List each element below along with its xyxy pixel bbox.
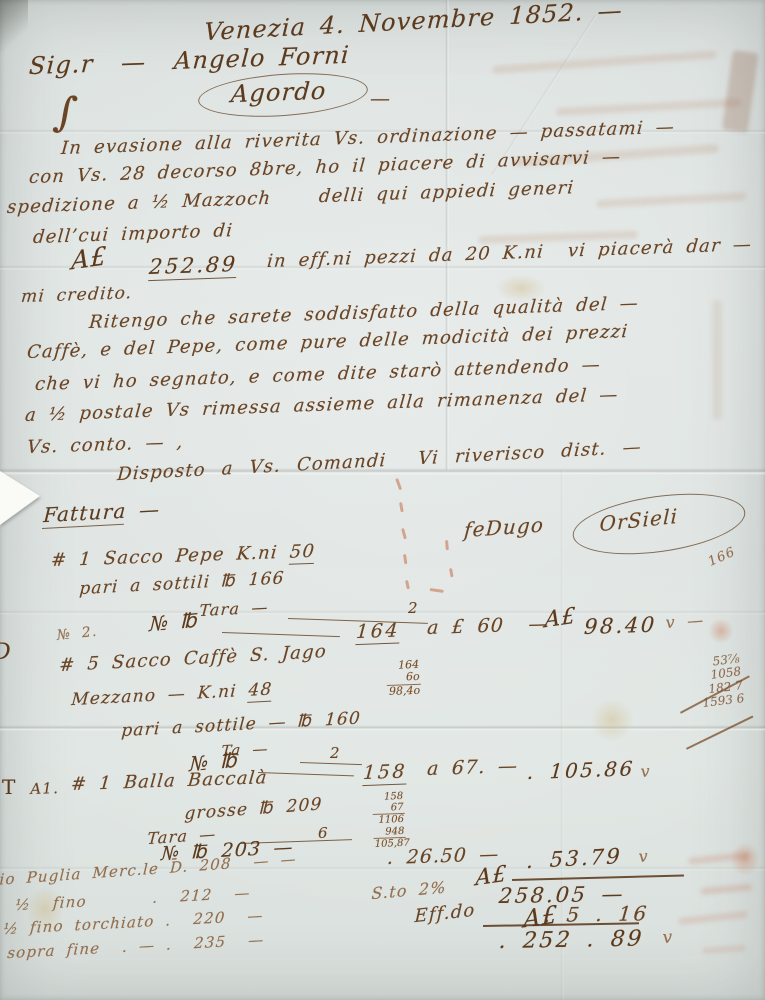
red-chalk-mark bbox=[446, 540, 449, 550]
red-chalk-mark bbox=[430, 588, 444, 592]
amount-underlined: 252.89 bbox=[148, 252, 238, 281]
amount-value: 252.89 bbox=[148, 252, 238, 279]
red-chalk-mark bbox=[400, 502, 404, 512]
caffe-qty: 48 bbox=[248, 679, 274, 702]
red-chalk-mark bbox=[406, 580, 410, 589]
caffe-amount: . 105.86 bbox=[526, 756, 635, 784]
calc-row: 67 bbox=[372, 802, 404, 815]
pepe-net-qty: 164 bbox=[355, 619, 400, 643]
pepe-tara-value: 2 bbox=[408, 599, 420, 617]
caffe-net-qty-text: 158 bbox=[362, 760, 407, 786]
margin-mark-a1: A1. bbox=[30, 779, 59, 798]
body-line: dell’cui importo di bbox=[32, 220, 234, 248]
total-checkmark: v bbox=[662, 927, 674, 948]
ink-bleedthrough bbox=[700, 883, 752, 895]
discount-label: S.to 2% bbox=[371, 877, 447, 903]
signature-name: feDugo bbox=[463, 512, 545, 542]
pepe-tara-label: Tara — bbox=[199, 597, 270, 620]
invoice-item-baccala-title: # 1 Balla Baccalà bbox=[70, 767, 268, 795]
calc-row: 1593 6 bbox=[697, 692, 746, 711]
ink-bleedthrough bbox=[722, 50, 759, 133]
invoice-item-baccala-weight: grosse ℔ 209 bbox=[184, 794, 323, 824]
pepe-rate: a £ 60 — bbox=[426, 613, 549, 639]
margin-letter-d: D bbox=[0, 640, 12, 665]
pepe-qty: 50 bbox=[289, 541, 316, 565]
calc-slash bbox=[686, 716, 753, 750]
pepe-net-label: № ℔ bbox=[149, 608, 200, 637]
effective-label: Eff.do bbox=[414, 900, 476, 928]
ink-bleedthrough bbox=[702, 945, 746, 954]
letter-page: Venezia 4. Novembre 1852. — Sig.r — Ange… bbox=[0, 0, 765, 1000]
paper-corner-shadow bbox=[0, 0, 28, 64]
invoice-item-caffe-weight: pari a sottile — ℔ 160 bbox=[121, 708, 362, 741]
invoice-item-caffe-title: # 5 Sacco Caffè S. Jago bbox=[59, 641, 328, 676]
caffe-rate: a 67. — bbox=[426, 755, 519, 780]
pepe-net-qty-text: 164 bbox=[355, 619, 400, 645]
tara-rule bbox=[300, 762, 362, 765]
price-note: lio Puglia Merc.le D. 208 — — bbox=[0, 850, 297, 889]
effective-total: . 252 . 89 bbox=[498, 926, 645, 954]
paper-stain bbox=[708, 618, 734, 644]
net-rule bbox=[222, 632, 340, 637]
body-line: mi credito. bbox=[20, 283, 133, 307]
pepe-title-text: # 1 Sacco Pepe K.ni bbox=[50, 542, 279, 571]
place-dash: — bbox=[370, 86, 391, 110]
red-chalk-mark bbox=[450, 568, 454, 577]
caffe-checkmark: v bbox=[640, 761, 652, 781]
body-line: Vs. conto. — , bbox=[26, 432, 184, 459]
baccala-checkmark: v bbox=[638, 846, 650, 866]
margin-note-166: 166 bbox=[706, 544, 738, 569]
caffe-side-calc: 164 6o 98,4o bbox=[386, 659, 421, 698]
paper-fold-notch bbox=[0, 471, 40, 525]
subtotal-rule bbox=[512, 874, 684, 881]
pepe-amount: 98.40 bbox=[583, 612, 657, 639]
pepe-checkmark: v — bbox=[665, 610, 705, 632]
dateline: Venezia 4. Novembre 1852. — bbox=[204, 0, 624, 46]
calc-row: 98,4o bbox=[387, 684, 421, 697]
invoice-heading: Fattura — bbox=[43, 497, 161, 527]
calc-row: 948 bbox=[373, 825, 405, 838]
margin-letter-t: T bbox=[2, 775, 17, 799]
invoice-item-caffe-grade: Mezzano — K.ni 48 bbox=[71, 679, 274, 710]
currency-flourish: A£ bbox=[71, 241, 108, 275]
caffe-grade-text: Mezzano — K.ni bbox=[71, 681, 238, 710]
margin-no2: № 2. bbox=[56, 624, 98, 644]
ink-bleedthrough bbox=[492, 50, 717, 74]
ink-bleedthrough bbox=[712, 300, 722, 420]
baccala-side-calc: 158 67 1106 948 105,87 bbox=[372, 791, 406, 850]
caffe-net-qty: 158 bbox=[362, 760, 407, 784]
net-rule bbox=[258, 772, 354, 776]
pepe-amount-currency: A£ bbox=[544, 604, 577, 634]
place-flourish-oval bbox=[197, 68, 370, 122]
red-chalk-mark bbox=[396, 478, 402, 490]
red-chalk-mark bbox=[402, 528, 407, 539]
caffe-tara-value: 2 bbox=[330, 744, 342, 762]
ink-bleedthrough bbox=[596, 192, 746, 208]
fold-crease bbox=[0, 725, 765, 731]
red-chalk-mark bbox=[404, 554, 408, 564]
calc-row: 1106 bbox=[373, 814, 405, 826]
baccala-amount: . 53.79 bbox=[526, 844, 623, 873]
invoice-item-pepe-title: # 1 Sacco Pepe K.ni 50 bbox=[50, 541, 316, 571]
ink-bleedthrough bbox=[678, 911, 748, 925]
paper-stain bbox=[590, 698, 634, 742]
invoice-item-pepe-weight: pari a sottili ℔ 166 bbox=[79, 568, 286, 599]
ink-bleedthrough bbox=[556, 98, 741, 116]
